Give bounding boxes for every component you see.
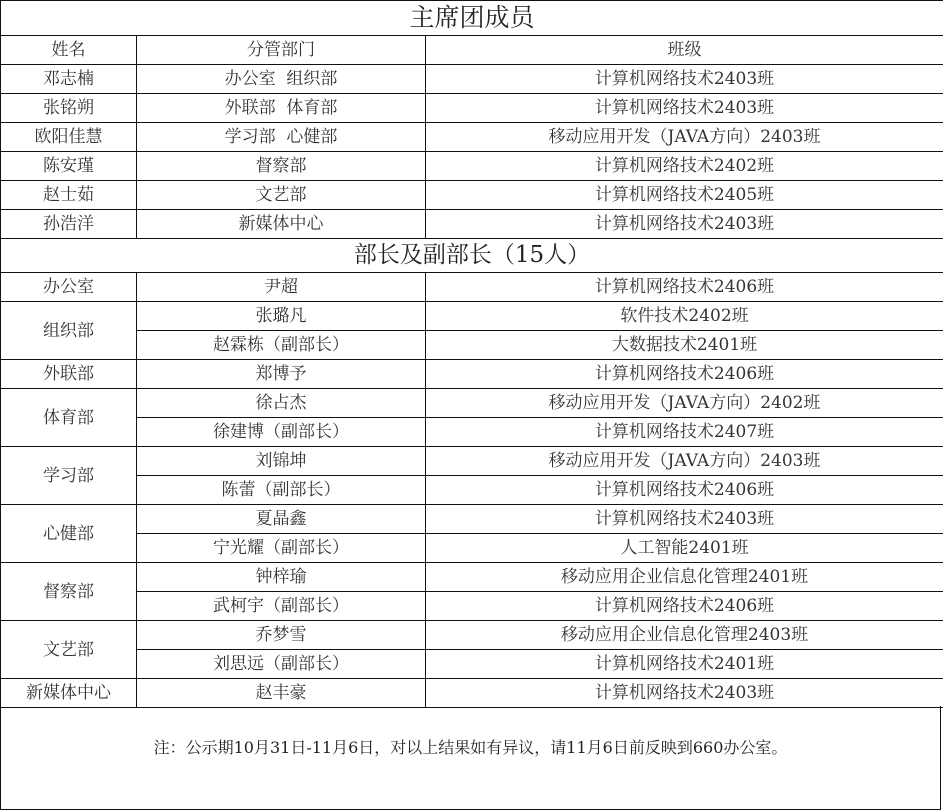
- table-row: 心健部 夏晶鑫 计算机网络技术2403班: [1, 505, 943, 534]
- member-class: 计算机网络技术2403班: [426, 210, 943, 239]
- table-row: 陈蕾（副部长） 计算机网络技术2406班: [1, 476, 943, 505]
- member-name: 孙浩洋: [1, 210, 137, 239]
- minister-name: 张璐凡: [137, 302, 426, 331]
- minister-class: 软件技术2402班: [426, 302, 943, 331]
- minister-class: 移动应用开发（JAVA方向）2403班: [426, 447, 943, 476]
- member-name: 赵士茹: [1, 181, 137, 210]
- minister-class: 计算机网络技术2403班: [426, 679, 943, 708]
- note-text: 注：公示期10月31日-11月6日，对以上结果如有异议，请11月6日前反映到66…: [154, 735, 788, 758]
- roster-table: 主席团成员 姓名 分管部门 班级 邓志楠 办公室 组织部 计算机网络技术2403…: [0, 0, 943, 708]
- table-row: 张铭朔 外联部 体育部 计算机网络技术2403班: [1, 94, 943, 123]
- minister-class: 计算机网络技术2401班: [426, 650, 943, 679]
- header-name: 姓名: [1, 36, 137, 65]
- minister-class: 计算机网络技术2406班: [426, 592, 943, 621]
- table-row: 办公室 尹超 计算机网络技术2406班: [1, 273, 943, 302]
- table-row: 督察部 钟梓瑜 移动应用企业信息化管理2401班: [1, 563, 943, 592]
- minister-name: 乔梦雪: [137, 621, 426, 650]
- table-row: 赵士茹 文艺部 计算机网络技术2405班: [1, 181, 943, 210]
- minister-name: 宁光耀（副部长）: [137, 534, 426, 563]
- member-name: 张铭朔: [1, 94, 137, 123]
- member-class: 计算机网络技术2405班: [426, 181, 943, 210]
- minister-class: 计算机网络技术2403班: [426, 505, 943, 534]
- header-row: 姓名 分管部门 班级: [1, 36, 943, 65]
- minister-name: 武柯宇（副部长）: [137, 592, 426, 621]
- table-row: 宁光耀（副部长） 人工智能2401班: [1, 534, 943, 563]
- minister-class: 计算机网络技术2406班: [426, 360, 943, 389]
- header-departments: 分管部门: [137, 36, 426, 65]
- minister-name: 刘锦坤: [137, 447, 426, 476]
- table-row: 赵霖栋（副部长） 大数据技术2401班: [1, 331, 943, 360]
- table-row: 文艺部 乔梦雪 移动应用企业信息化管理2403班: [1, 621, 943, 650]
- minister-name: 夏晶鑫: [137, 505, 426, 534]
- minister-class: 计算机网络技术2407班: [426, 418, 943, 447]
- minister-class: 移动应用企业信息化管理2401班: [426, 563, 943, 592]
- member-name: 陈安瑾: [1, 152, 137, 181]
- member-class: 移动应用开发（JAVA方向）2403班: [426, 123, 943, 152]
- minister-class: 计算机网络技术2406班: [426, 476, 943, 505]
- member-class: 计算机网络技术2402班: [426, 152, 943, 181]
- minister-name: 赵丰豪: [137, 679, 426, 708]
- ministers-title-row: 部长及副部长（15人）: [1, 239, 943, 273]
- member-departments: 办公室 组织部: [137, 65, 426, 94]
- table-row: 陈安瑾 督察部 计算机网络技术2402班: [1, 152, 943, 181]
- dept-name: 体育部: [1, 389, 137, 447]
- dept-name: 组织部: [1, 302, 137, 360]
- announcement-note: 注：公示期10月31日-11月6日，对以上结果如有异议，请11月6日前反映到66…: [0, 706, 941, 810]
- member-departments: 文艺部: [137, 181, 426, 210]
- table-row: 外联部 郑博予 计算机网络技术2406班: [1, 360, 943, 389]
- dept-name: 外联部: [1, 360, 137, 389]
- member-departments: 新媒体中心: [137, 210, 426, 239]
- member-class: 计算机网络技术2403班: [426, 94, 943, 123]
- ministers-title: 部长及副部长（15人）: [1, 239, 943, 273]
- table-row: 邓志楠 办公室 组织部 计算机网络技术2403班: [1, 65, 943, 94]
- table-row: 武柯宇（副部长） 计算机网络技术2406班: [1, 592, 943, 621]
- dept-name: 文艺部: [1, 621, 137, 679]
- table-row: 刘思远（副部长） 计算机网络技术2401班: [1, 650, 943, 679]
- table-row: 孙浩洋 新媒体中心 计算机网络技术2403班: [1, 210, 943, 239]
- minister-class: 计算机网络技术2406班: [426, 273, 943, 302]
- table-row: 学习部 刘锦坤 移动应用开发（JAVA方向）2403班: [1, 447, 943, 476]
- header-class: 班级: [426, 36, 943, 65]
- presidium-title-row: 主席团成员: [1, 1, 943, 36]
- member-class: 计算机网络技术2403班: [426, 65, 943, 94]
- minister-name: 郑博予: [137, 360, 426, 389]
- table-row: 体育部 徐占杰 移动应用开发（JAVA方向）2402班: [1, 389, 943, 418]
- dept-name: 心健部: [1, 505, 137, 563]
- minister-name: 徐建博（副部长）: [137, 418, 426, 447]
- minister-name: 徐占杰: [137, 389, 426, 418]
- dept-name: 新媒体中心: [1, 679, 137, 708]
- minister-name: 刘思远（副部长）: [137, 650, 426, 679]
- member-departments: 学习部 心健部: [137, 123, 426, 152]
- presidium-title: 主席团成员: [1, 1, 943, 36]
- minister-name: 尹超: [137, 273, 426, 302]
- table-row: 徐建博（副部长） 计算机网络技术2407班: [1, 418, 943, 447]
- dept-name: 办公室: [1, 273, 137, 302]
- minister-class: 大数据技术2401班: [426, 331, 943, 360]
- minister-class: 移动应用开发（JAVA方向）2402班: [426, 389, 943, 418]
- table-row: 欧阳佳慧 学习部 心健部 移动应用开发（JAVA方向）2403班: [1, 123, 943, 152]
- minister-name: 赵霖栋（副部长）: [137, 331, 426, 360]
- table-row: 新媒体中心 赵丰豪 计算机网络技术2403班: [1, 679, 943, 708]
- member-name: 邓志楠: [1, 65, 137, 94]
- minister-class: 人工智能2401班: [426, 534, 943, 563]
- member-departments: 外联部 体育部: [137, 94, 426, 123]
- minister-class: 移动应用企业信息化管理2403班: [426, 621, 943, 650]
- table-row: 组织部 张璐凡 软件技术2402班: [1, 302, 943, 331]
- minister-name: 陈蕾（副部长）: [137, 476, 426, 505]
- member-departments: 督察部: [137, 152, 426, 181]
- member-name: 欧阳佳慧: [1, 123, 137, 152]
- dept-name: 学习部: [1, 447, 137, 505]
- dept-name: 督察部: [1, 563, 137, 621]
- minister-name: 钟梓瑜: [137, 563, 426, 592]
